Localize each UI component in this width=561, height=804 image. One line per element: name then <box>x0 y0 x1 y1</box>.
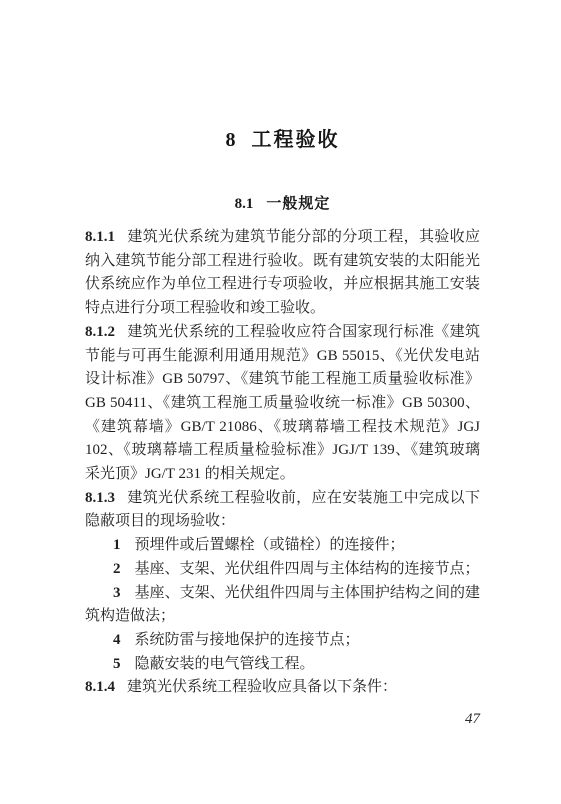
clause-text: 建筑光伏系统工程验收应具备以下条件： <box>127 679 397 695</box>
item-text: 系统防雷与接地保护的连接节点； <box>135 632 360 648</box>
document-page: 8工程验收 8.1一般规定 8.1.1建筑光伏系统为建筑节能分部的分项工程，其验… <box>0 0 561 804</box>
clause-8-1-1: 8.1.1建筑光伏系统为建筑节能分部的分项工程，其验收应纳入建筑节能分部工程进行… <box>85 226 480 321</box>
chapter-title: 8工程验收 <box>85 126 480 154</box>
item-number: 3 <box>113 585 121 601</box>
list-item-4: 4系统防雷与接地保护的连接节点； <box>85 629 480 653</box>
clause-number: 8.1.1 <box>85 229 115 245</box>
section-title-text: 一般规定 <box>266 196 330 212</box>
clause-text: 建筑光伏系统工程验收前，应在安装施工中完成以下隐蔽项目的现场验收： <box>85 490 480 530</box>
list-item-2: 2基座、支架、光伏组件四周与主体结构的连接节点； <box>85 558 480 582</box>
clause-8-1-2: 8.1.2建筑光伏系统的工程验收应符合国家现行标准《建筑节能与可再生能源利用通用… <box>85 321 480 487</box>
list-item-3: 3基座、支架、光伏组件四周与主体围护结构之间的建筑构造做法； <box>85 582 480 629</box>
clause-8-1-3: 8.1.3建筑光伏系统工程验收前，应在安装施工中完成以下隐蔽项目的现场验收： <box>85 487 480 534</box>
clause-text: 建筑光伏系统的工程验收应符合国家现行标准《建筑节能与可再生能源利用通用规范》GB… <box>85 324 480 482</box>
clause-number: 8.1.4 <box>85 679 115 695</box>
list-item-1: 1预埋件或后置螺栓（或锚栓）的连接件； <box>85 534 480 558</box>
list-item-5: 5隐蔽安装的电气管线工程。 <box>85 653 480 677</box>
clause-number: 8.1.2 <box>85 324 115 340</box>
document-body: 8.1.1建筑光伏系统为建筑节能分部的分项工程，其验收应纳入建筑节能分部工程进行… <box>85 226 480 700</box>
page-number: 47 <box>85 709 480 729</box>
clause-number: 8.1.3 <box>85 490 115 506</box>
section-title: 8.1一般规定 <box>85 193 480 215</box>
item-text: 基座、支架、光伏组件四周与主体围护结构之间的建筑构造做法； <box>85 585 480 625</box>
chapter-number: 8 <box>226 129 236 151</box>
item-text: 基座、支架、光伏组件四周与主体结构的连接节点； <box>135 561 480 577</box>
item-number: 1 <box>113 537 121 553</box>
clause-8-1-4: 8.1.4建筑光伏系统工程验收应具备以下条件： <box>85 676 480 700</box>
clause-text: 建筑光伏系统为建筑节能分部的分项工程，其验收应纳入建筑节能分部工程进行验收。既有… <box>85 229 480 316</box>
chapter-title-text: 工程验收 <box>252 129 340 151</box>
item-number: 5 <box>113 656 121 672</box>
item-number: 4 <box>113 632 121 648</box>
item-number: 2 <box>113 561 121 577</box>
item-text: 预埋件或后置螺栓（或锚栓）的连接件； <box>135 537 405 553</box>
section-number: 8.1 <box>235 196 254 212</box>
item-text: 隐蔽安装的电气管线工程。 <box>135 656 315 672</box>
